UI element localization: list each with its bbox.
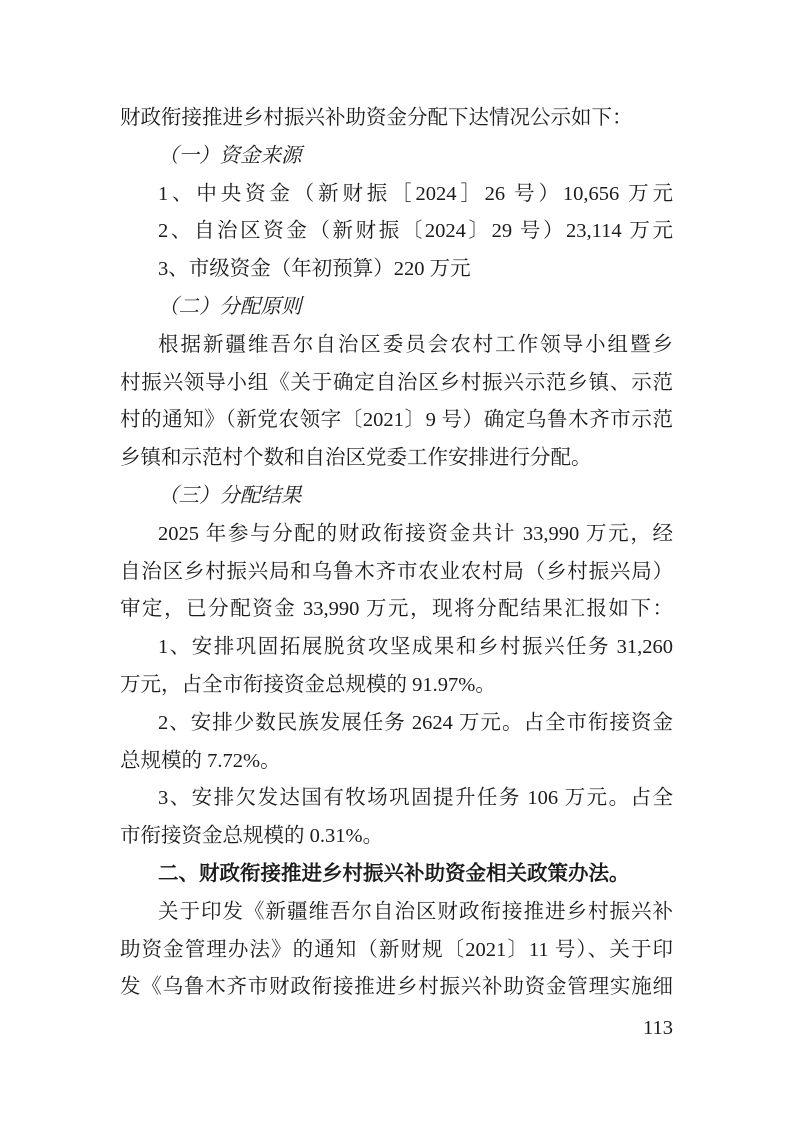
list-item-line: 1、中央资金（新财振［2024］26 号）10,656 万元 [120,176,673,214]
list-item-line: 2、自治区资金（新财振〔2024〕29 号）23,114 万元 [120,213,673,251]
paragraph-line: 村振兴领导小组《关于确定自治区乡村振兴示范乡镇、示范 [120,365,673,403]
list-item-line: 万元，占全市衔接资金总规模的 91.97%。 [120,667,673,705]
paragraph-line: 乡镇和示范村个数和自治区党委工作安排进行分配。 [120,440,673,478]
paragraph-line: 助资金管理办法》的通知（新财规〔2021〕11 号）、关于印 [120,932,673,970]
paragraph-line: 自治区乡村振兴局和乌鲁木齐市农业农村局（乡村振兴局） [120,554,673,592]
list-item-line: 市衔接资金总规模的 0.31%。 [120,818,673,856]
paragraph-line: 关于印发《新疆维吾尔自治区财政衔接推进乡村振兴补 [120,894,673,932]
paragraph-line: 发《乌鲁木齐市财政衔接推进乡村振兴补助资金管理实施细 [120,969,673,1007]
paragraph-line: 根据新疆维吾尔自治区委员会农村工作领导小组暨乡 [120,327,673,365]
list-item-line: 3、市级资金（年初预算）220 万元 [120,251,673,289]
subsection-heading: （三）分配结果 [120,478,673,516]
subsection-heading: （一）资金来源 [120,138,673,176]
list-item-line: 1、安排巩固拓展脱贫攻坚成果和乡村振兴任务 31,260 [120,629,673,667]
document-page: 财政衔接推进乡村振兴补助资金分配下达情况公示如下： （一）资金来源 1、中央资金… [0,0,793,1122]
subsection-heading: （二）分配原则 [120,289,673,327]
page-number: 113 [120,1014,673,1042]
document-body: 财政衔接推进乡村振兴补助资金分配下达情况公示如下： （一）资金来源 1、中央资金… [120,100,673,1007]
paragraph-line: 2025 年参与分配的财政衔接资金共计 33,990 万元，经 [120,516,673,554]
list-item-line: 2、安排少数民族发展任务 2624 万元。占全市衔接资金 [120,705,673,743]
list-item-line: 总规模的 7.72%。 [120,743,673,781]
paragraph-line: 财政衔接推进乡村振兴补助资金分配下达情况公示如下： [120,100,673,138]
section-heading: 二、财政衔接推进乡村振兴补助资金相关政策办法。 [120,856,673,894]
list-item-line: 3、安排欠发达国有牧场巩固提升任务 106 万元。占全 [120,780,673,818]
paragraph-line: 审定，已分配资金 33,990 万元，现将分配结果汇报如下： [120,591,673,629]
paragraph-line: 村的通知》（新党农领字〔2021〕9 号）确定乌鲁木齐市示范 [120,402,673,440]
